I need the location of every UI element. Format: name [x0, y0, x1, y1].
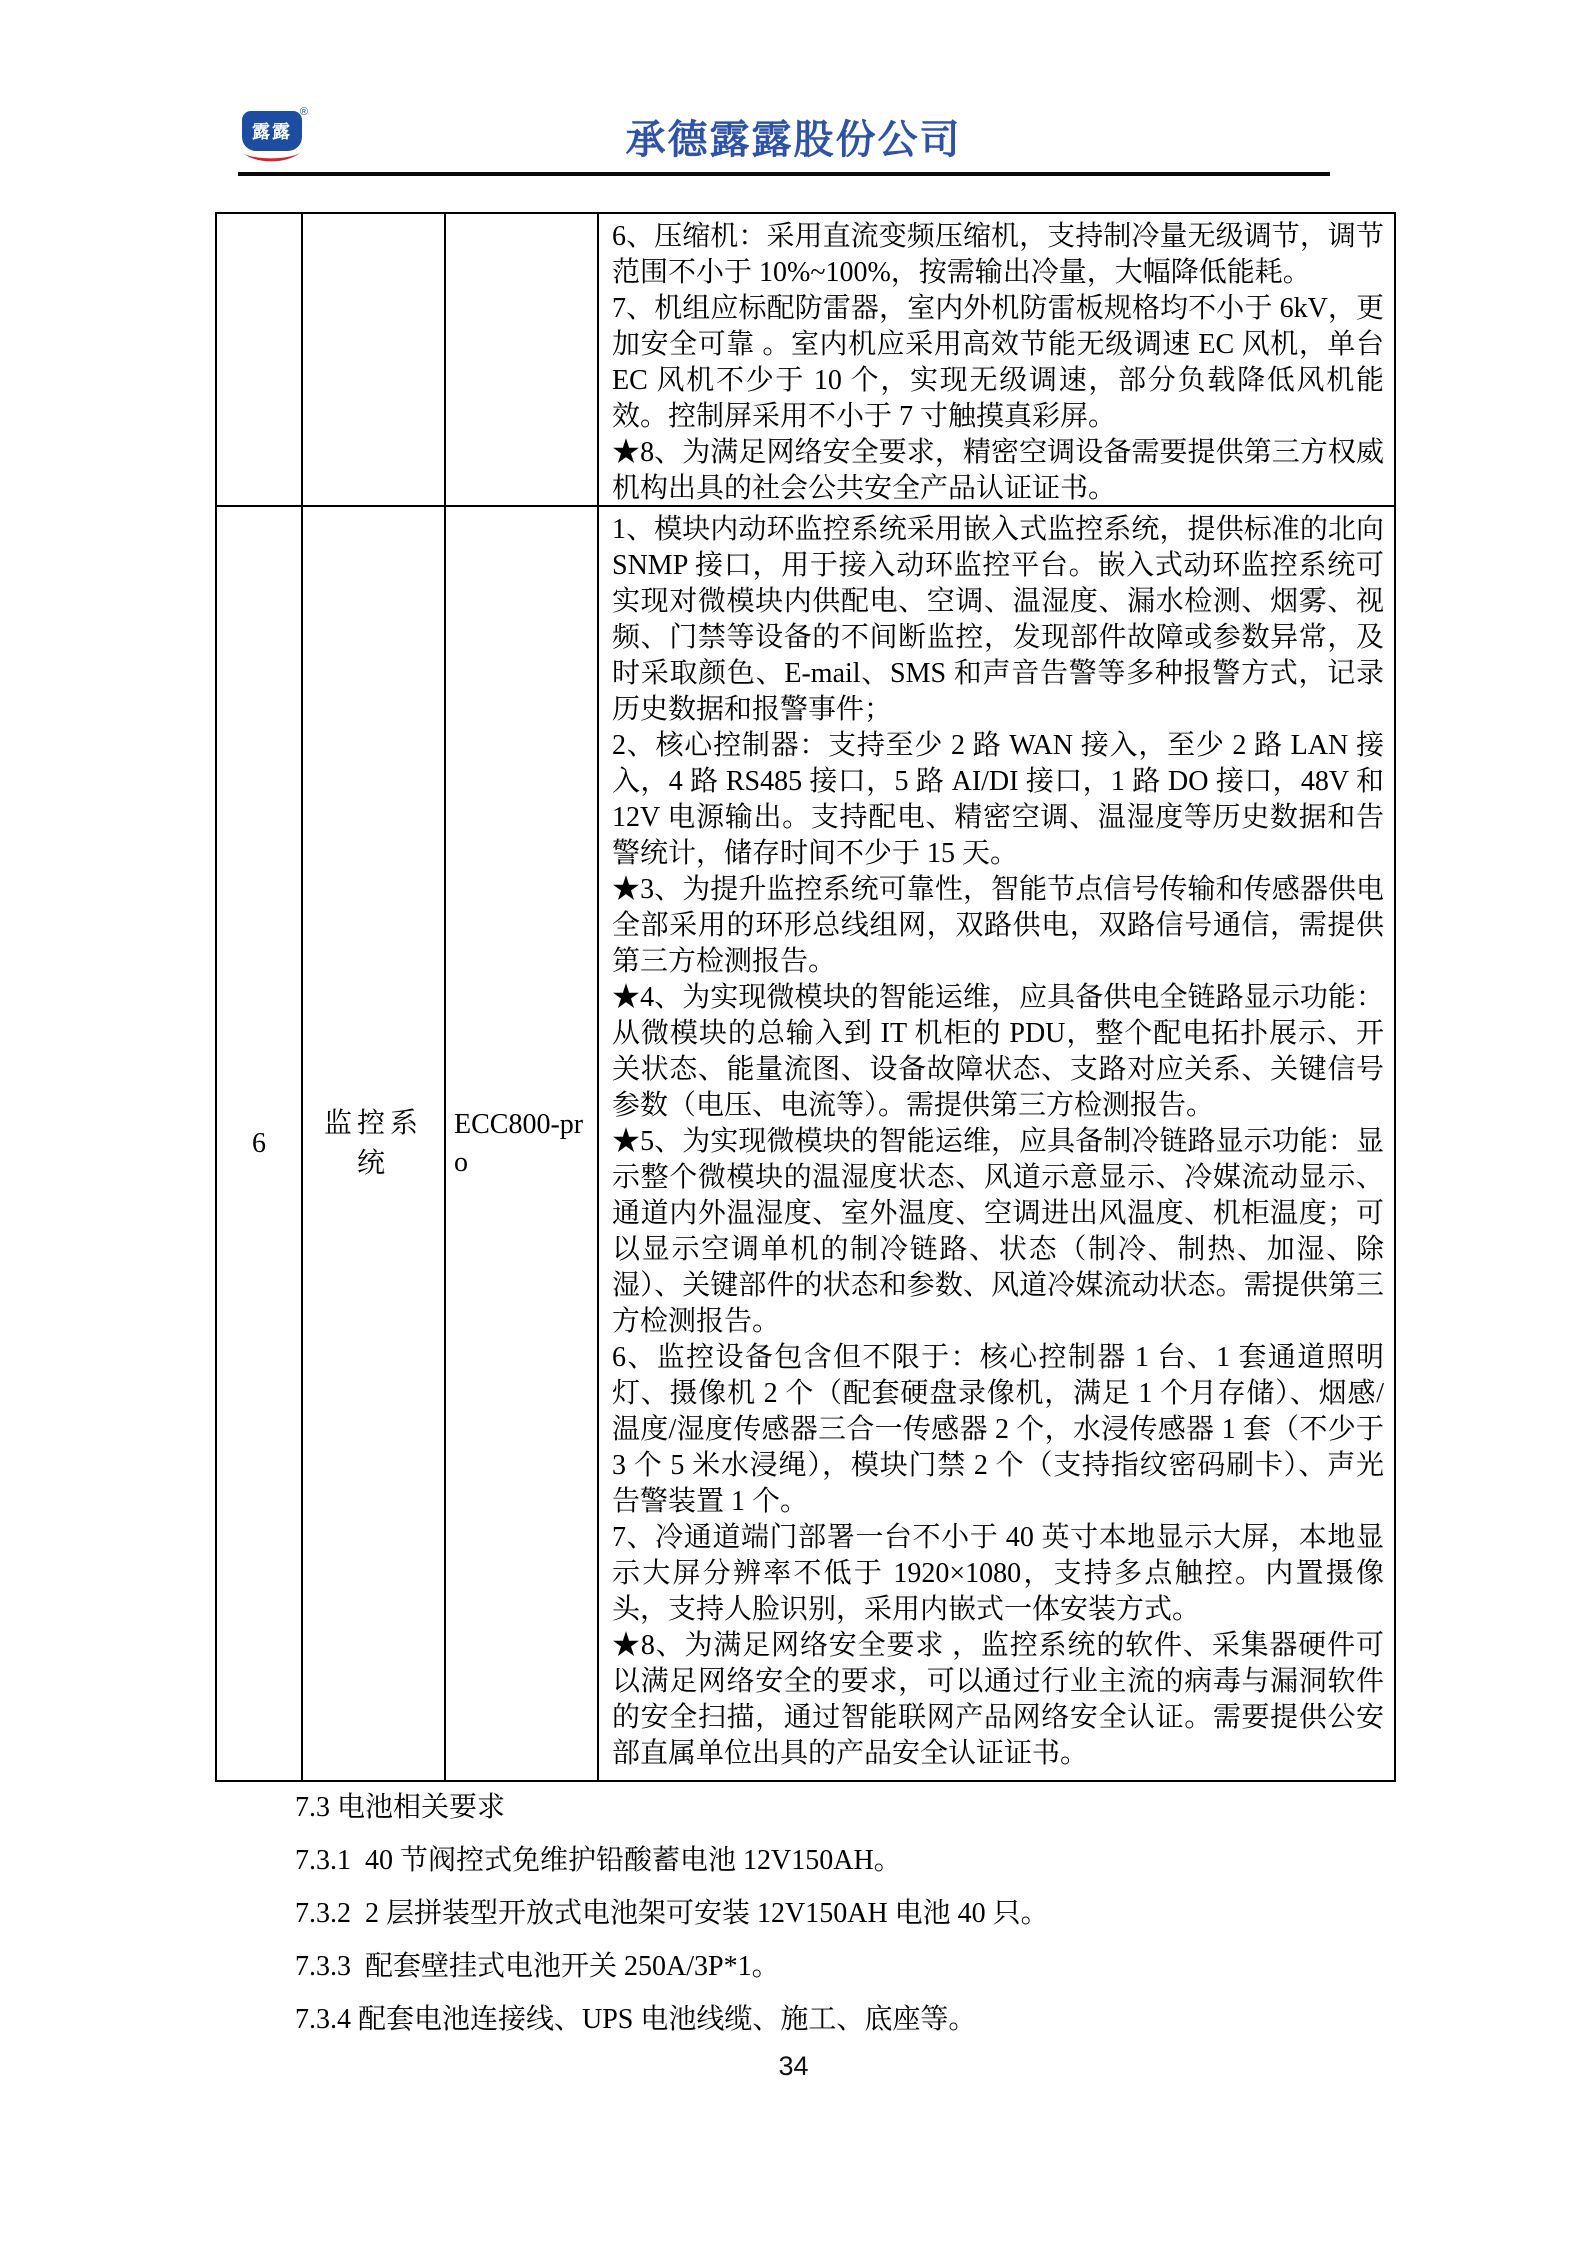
spec-paragraph: ★8、为满足网络安全要求，精密空调设备需要提供第三方权威机构出具的社会公共安全产… [612, 435, 1384, 505]
section-item-7-3-2: 7.3.2 2 层拼装型开放式电池架可安装 12V150AH 电池 40 只。 [295, 1899, 1049, 1929]
section-item-7-3-3: 7.3.3 配套壁挂式电池开关 250A/3P*1。 [295, 1952, 780, 1982]
document-page: { "header": { "company_name": "承德露露股份公司"… [0, 0, 1587, 2245]
spec-paragraph: ★4、为实现微模块的智能运维，应具备供电全链路显示功能：从微模块的总输入到 IT… [612, 980, 1384, 1124]
spec-paragraph: 6、压缩机：采用直流变频压缩机，支持制冷量无级调节，调节范围不小于 10%~10… [612, 219, 1384, 291]
section-item-7-3-4: 7.3.4 配套电池连接线、UPS 电池线缆、施工、底座等。 [295, 2005, 976, 2035]
cell-model [445, 213, 598, 506]
spec-paragraph: ★8、为满足网络安全要求 ，监控系统的软件、采集器硬件可以满足网络安全的要求，可… [612, 1628, 1384, 1772]
section-item-7-3-1: 7.3.1 40 节阀控式免维护铅酸蓄电池 12V150AH。 [295, 1846, 902, 1876]
table-row-continued: 6、压缩机：采用直流变频压缩机，支持制冷量无级调节，调节范围不小于 10%~10… [216, 213, 1395, 506]
equipment-name: 监控系统 [318, 1104, 430, 1184]
spec-paragraph: 7、冷通道端门部署一台不小于 40 英寸本地显示大屏，本地显示大屏分辨率不低于 … [612, 1520, 1384, 1628]
section-heading-7-3: 7.3 电池相关要求 [295, 1793, 505, 1823]
spec-table: 6、压缩机：采用直流变频压缩机，支持制冷量无级调节，调节范围不小于 10%~10… [215, 212, 1396, 1782]
cell-model: ECC800-pro [445, 506, 598, 1781]
spec-paragraph: 6、监控设备包含但不限于：核心控制器 1 台、1 套通道照明灯、摄像机 2 个（… [612, 1340, 1384, 1520]
cell-no: 6 [216, 506, 302, 1781]
spec-paragraph: ★5、为实现微模块的智能运维，应具备制冷链路显示功能：显示整个微模块的温湿度状态… [612, 1124, 1384, 1340]
spec-paragraph: ★3、为提升监控系统可靠性，智能节点信号传输和传感器供电全部采用的环形总线组网，… [612, 872, 1384, 980]
spec-text-block: 1、模块内动环监控系统采用嵌入式监控系统，提供标准的北向 SNMP 接口，用于接… [599, 507, 1394, 1780]
equipment-model: ECC800-pro [446, 1106, 597, 1182]
spec-paragraph: 7、机组应标配防雷器，室内外机防雷板规格均不小于 6kV，更加安全可靠 。室内机… [612, 291, 1384, 435]
header-divider [238, 172, 1330, 176]
page-title: 承德露露股份公司 [0, 120, 1587, 160]
cell-name: 监控系统 [302, 506, 445, 1781]
page-number: 34 [0, 2051, 1587, 2082]
registered-trademark-icon: ® [300, 106, 308, 118]
spec-paragraph: 2、核心控制器：支持至少 2 路 WAN 接入，至少 2 路 LAN 接入，4 … [612, 728, 1384, 872]
cell-spec: 1、模块内动环监控系统采用嵌入式监控系统，提供标准的北向 SNMP 接口，用于接… [598, 506, 1395, 1781]
cell-spec: 6、压缩机：采用直流变频压缩机，支持制冷量无级调节，调节范围不小于 10%~10… [598, 213, 1395, 506]
spec-paragraph: 1、模块内动环监控系统采用嵌入式监控系统，提供标准的北向 SNMP 接口，用于接… [612, 512, 1384, 728]
table-row-monitoring-system: 6 监控系统 ECC800-pro 1、模块内动环监控系统采用嵌入式监控系统，提… [216, 506, 1395, 1781]
cell-name [302, 213, 445, 506]
cell-no [216, 213, 302, 506]
spec-text-block: 6、压缩机：采用直流变频压缩机，支持制冷量无级调节，调节范围不小于 10%~10… [599, 214, 1394, 505]
